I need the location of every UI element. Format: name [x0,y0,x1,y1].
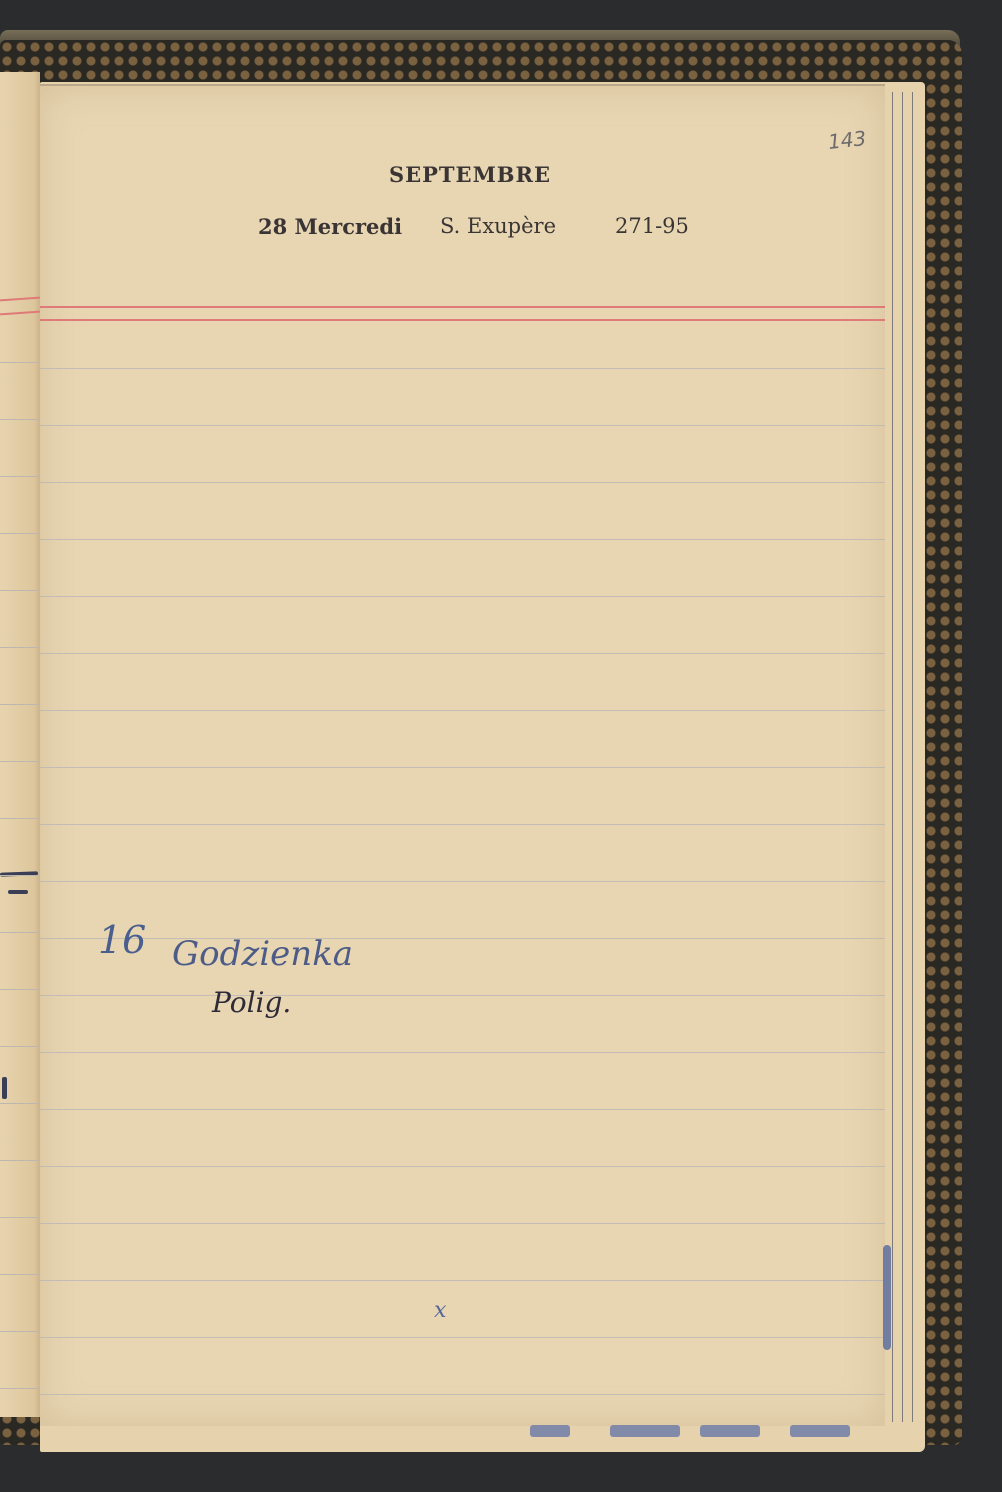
ink-smudge [530,1425,570,1437]
red-rule [0,297,40,302]
ruled-line [40,539,885,540]
ruled-line [40,482,885,483]
ink-mark [2,1077,7,1099]
ruled-line [0,1160,40,1161]
month-heading: SEPTEMBRE [40,162,900,187]
diary-page: 143 SEPTEMBRE 28 Mercredi S. Exupère 271… [40,84,885,1426]
ruled-line [40,653,885,654]
ruled-line [0,1103,40,1104]
ruled-line [40,995,885,996]
page-edge [892,92,898,1422]
red-rule [0,311,40,316]
ruled-line [40,1166,885,1167]
ruled-line [0,818,40,819]
ruled-line [40,938,885,939]
ink-mark [8,890,28,894]
ruled-line [40,368,885,369]
saint-name: S. Exupère [440,214,615,239]
folio-number: 143 [827,126,867,154]
ruled-line [0,362,40,363]
ink-smudge [883,1245,891,1350]
left-page [0,72,40,1417]
day-label: 28 Mercredi [258,214,440,239]
ruled-line [40,1394,885,1395]
ink-smudge [700,1425,760,1437]
handwritten-mark: x [434,1298,446,1323]
handwritten-entry: Polig. [212,986,291,1019]
date-line: 28 Mercredi S. Exupère 271-95 [258,214,689,239]
ruled-line [40,425,885,426]
ruled-line [0,647,40,648]
ruled-line [0,1331,40,1332]
ink-smudge [790,1425,850,1437]
ruled-line [0,875,40,876]
ruled-line [0,761,40,762]
ruled-line [40,1337,885,1338]
ruled-line [40,1223,885,1224]
ruled-line [0,419,40,420]
red-rule [40,306,885,308]
day-number: 271-95 [615,214,689,239]
ruled-line [40,881,885,882]
page-edge [912,92,918,1422]
ruled-line [40,596,885,597]
ruled-line [40,767,885,768]
ruled-line [0,704,40,705]
page-edge [902,92,908,1422]
ruled-line [0,1217,40,1218]
ruled-line [0,1388,40,1389]
red-rule [40,319,885,321]
ruled-line [40,1109,885,1110]
ruled-line [0,533,40,534]
ruled-line [40,1052,885,1053]
handwritten-time: 16 [98,918,146,962]
ruled-line [0,1046,40,1047]
handwritten-entry: Godzienka [172,934,353,974]
ruled-line [0,1274,40,1275]
ruled-line [40,824,885,825]
ruled-line [0,590,40,591]
ruled-line [40,710,885,711]
ruled-line [0,989,40,990]
ruled-line [0,476,40,477]
ruled-line [0,932,40,933]
ruled-line [40,1280,885,1281]
ink-smudge [610,1425,680,1437]
